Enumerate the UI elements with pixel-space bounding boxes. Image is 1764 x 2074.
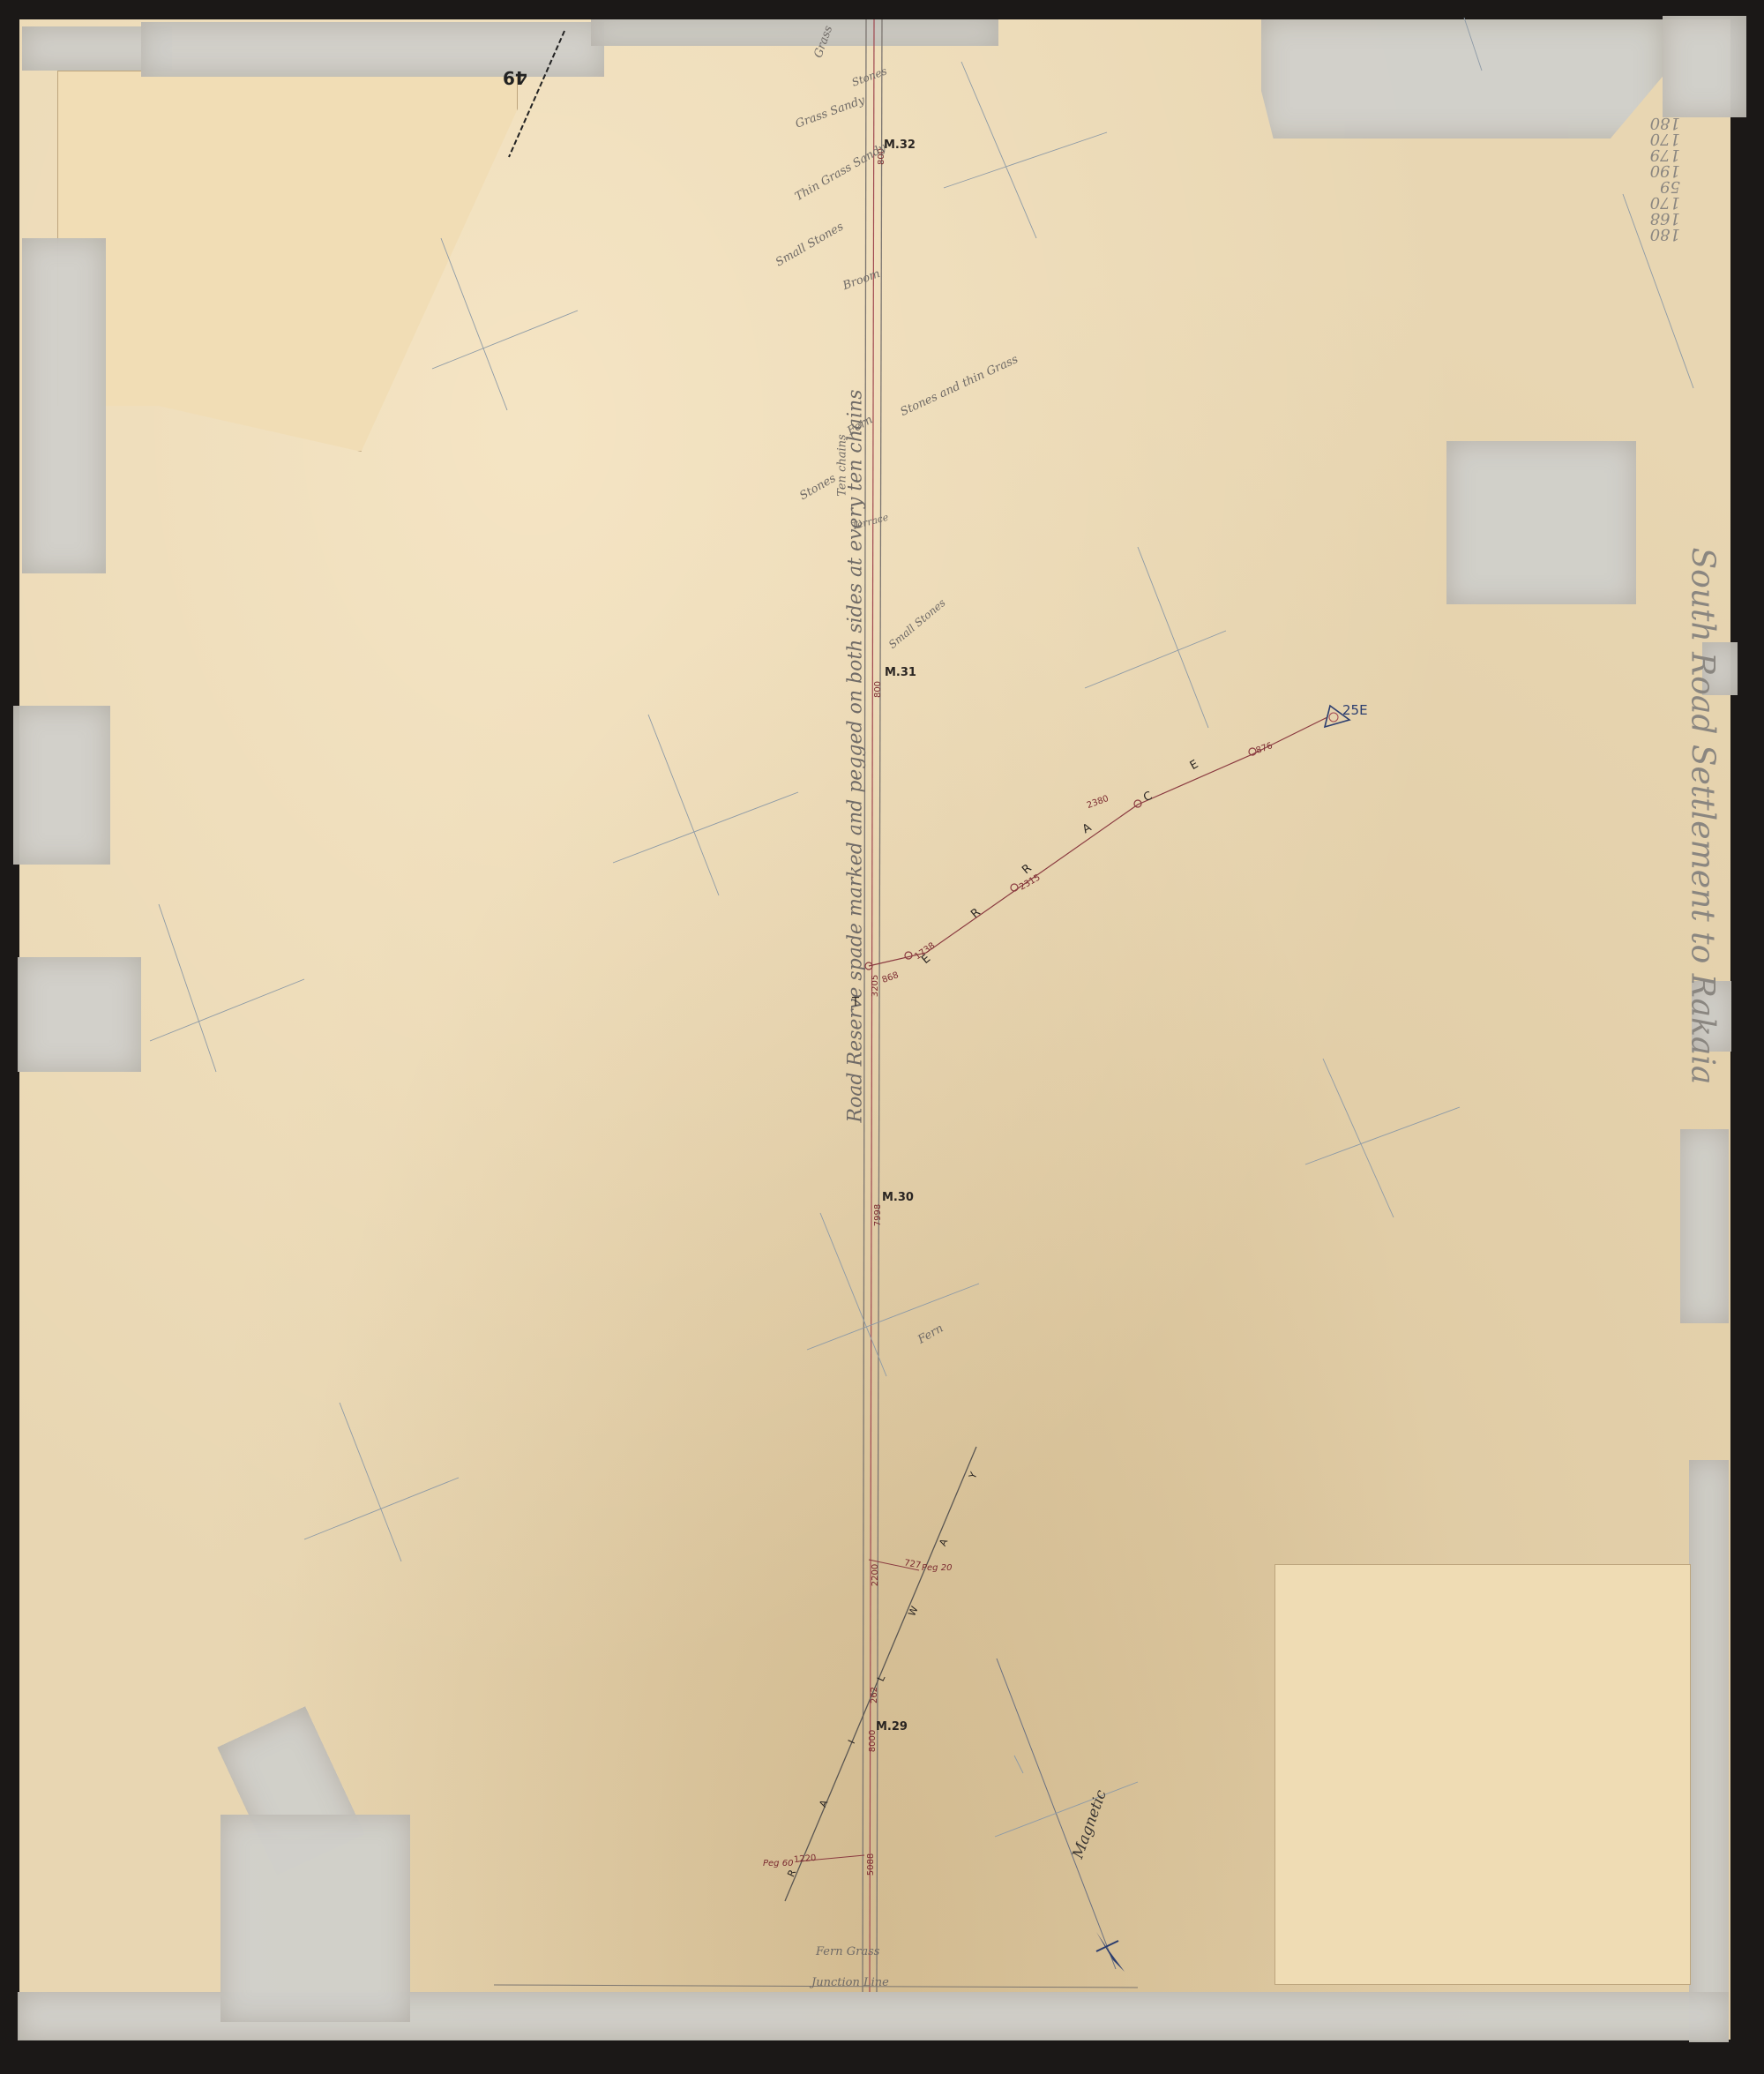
survey-linework	[0, 0, 1764, 2074]
margin-number: 179	[1636, 146, 1680, 162]
railway-chainage-5088: 5088	[866, 1853, 876, 1876]
chainage-m30: 7998	[873, 1204, 883, 1226]
railway-offset-1220: 1220	[794, 1853, 817, 1865]
margin-number: 180	[1636, 115, 1680, 131]
note-junction-line: Junction Line	[811, 1976, 889, 1989]
railway-peg-20: Peg 20	[922, 1563, 952, 1573]
railway-chainage-262: 262	[870, 1687, 879, 1703]
trig-station-label: 25E	[1342, 702, 1368, 718]
magnetic-north-arrow	[1096, 1932, 1125, 1972]
terrace-letter-t: T	[852, 996, 859, 1009]
mile-marker-29: M.29	[876, 1720, 908, 1733]
sheet-number: 49	[503, 67, 527, 88]
mile-marker-30: M.30	[882, 1191, 914, 1204]
mile-marker-31: M.31	[885, 666, 916, 679]
margin-number: 180	[1636, 226, 1680, 242]
pencil-title: South Road Settlement to Rakaia	[1685, 548, 1721, 1042]
terrace-offset-start: 3205	[871, 975, 880, 997]
margin-number: 59	[1636, 178, 1680, 194]
road-reserve-annotation: Road Reserve spade marked and pegged on …	[845, 453, 867, 1123]
margin-number: 190	[1636, 162, 1680, 178]
railway-peg-60: Peg 60	[763, 1859, 793, 1868]
chainage-m31: 800	[873, 681, 883, 698]
mile-marker-32: M.32	[884, 139, 916, 152]
note-fern-grass: Fern Grass	[816, 1945, 879, 1958]
margin-number: 168	[1636, 210, 1680, 226]
margin-numbers: 180 168 170 59 190 179 170 180	[1636, 115, 1680, 242]
railway-line	[785, 1447, 976, 1901]
chainage-m29: 8000	[868, 1730, 878, 1752]
railway-chainage-2200: 2200	[871, 1564, 880, 1586]
margin-number: 170	[1636, 194, 1680, 210]
note-ten-chains: Ten chains	[836, 434, 849, 496]
margin-number: 170	[1636, 131, 1680, 146]
